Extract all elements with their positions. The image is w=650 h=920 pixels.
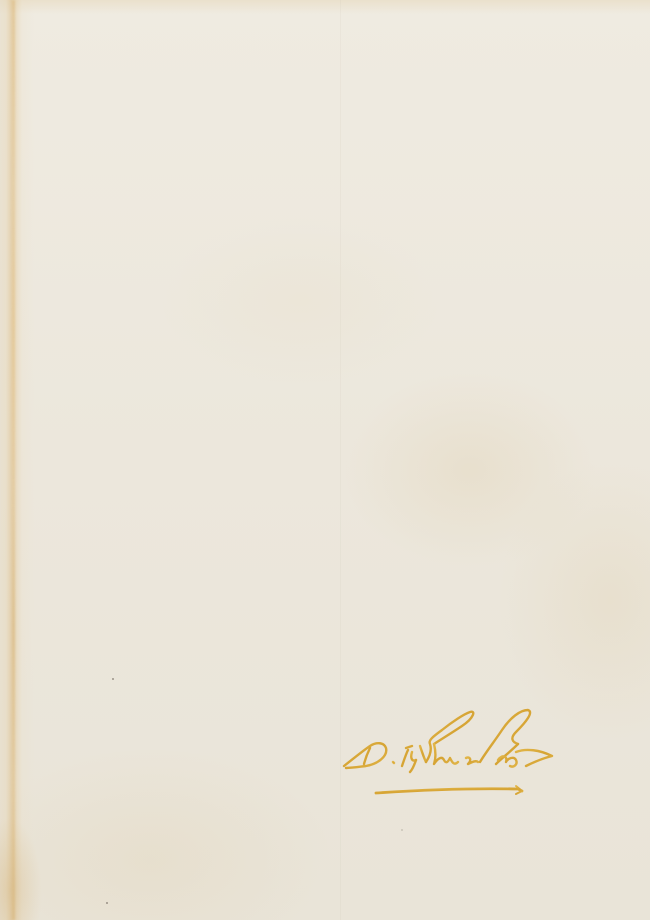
paper-page [0,0,650,920]
paper-speck [112,678,114,680]
gold-signature [330,700,570,810]
paper-speck [401,829,403,831]
top-edge-stain [0,0,650,14]
bottom-left-stain [0,780,60,920]
paper-speck [106,902,108,904]
